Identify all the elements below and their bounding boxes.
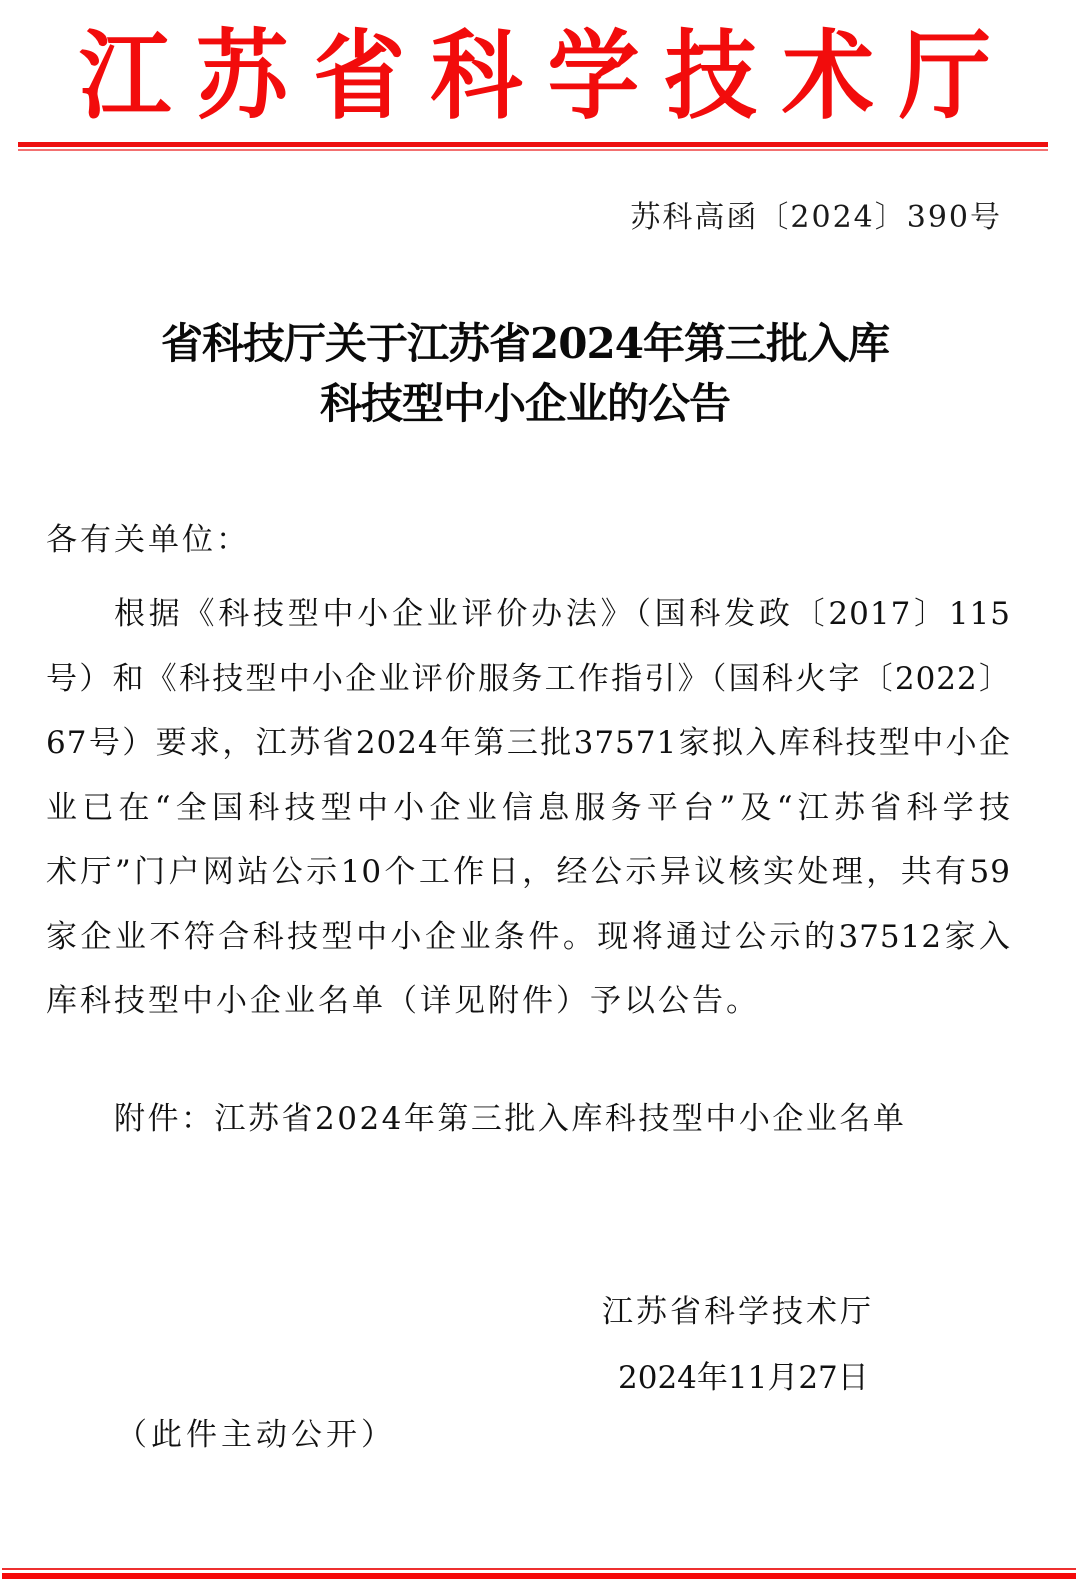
agency-name: 江 苏 省 科 学 技 术 厅 — [70, 22, 1000, 132]
signature-date: 2024年11月27日 — [618, 1356, 869, 1400]
body-paragraph: 根据《科技型中小企业评价办法》（国科发政〔2017〕115 号）和《科技型中小企… — [46, 582, 1011, 1034]
body-line: 67号）要求，江苏省2024年第三批37571家拟入库科技型中小企 — [46, 711, 1011, 776]
salutation: 各有关单位： — [46, 518, 250, 562]
letterhead-masthead: 江 苏 省 科 学 技 术 厅 — [0, 22, 1080, 132]
header-divider-thin — [18, 149, 1048, 151]
body-line: 库科技型中小企业名单（详见附件）予以公告。 — [46, 969, 1011, 1034]
disclosure-note: （此件主动公开） — [116, 1413, 396, 1457]
body-line: 业已在“全国科技型中小企业信息服务平台”及“江苏省科学技 — [46, 776, 1011, 841]
agency-name-char: 厅 — [890, 19, 1000, 135]
body-line: 根据《科技型中小企业评价办法》（国科发政〔2017〕115 — [46, 582, 1011, 647]
footer-divider-thick — [2, 1573, 1076, 1579]
agency-name-char: 苏 — [187, 19, 297, 135]
agency-name-char: 省 — [304, 19, 414, 135]
body-line: 术厅”门户网站公示10个工作日，经公示异议核实处理，共有59 — [46, 840, 1011, 905]
body-line: 家企业不符合科技型中小企业条件。现将通过公示的37512家入 — [46, 905, 1011, 970]
footer-divider-thin — [2, 1568, 1076, 1570]
signature-organization: 江苏省科学技术厅 — [602, 1290, 874, 1334]
title-line: 省科技厅关于江苏省2024年第三批入库 — [0, 314, 1050, 374]
attachment-note: 附件：江苏省2024年第三批入库科技型中小企业名单 — [114, 1097, 906, 1141]
header-divider-thick — [18, 142, 1048, 147]
agency-name-char: 技 — [656, 19, 766, 135]
title-line: 科技型中小企业的公告 — [0, 374, 1050, 434]
agency-name-char: 江 — [70, 19, 180, 135]
document-number: 苏科高函〔2024〕390号 — [630, 196, 1002, 240]
agency-name-char: 学 — [539, 19, 649, 135]
body-line: 号）和《科技型中小企业评价服务工作指引》（国科火字〔2022〕 — [46, 647, 1011, 712]
document-title: 省科技厅关于江苏省2024年第三批入库 科技型中小企业的公告 — [0, 314, 1050, 434]
agency-name-char: 科 — [421, 19, 531, 135]
agency-name-char: 术 — [773, 19, 883, 135]
